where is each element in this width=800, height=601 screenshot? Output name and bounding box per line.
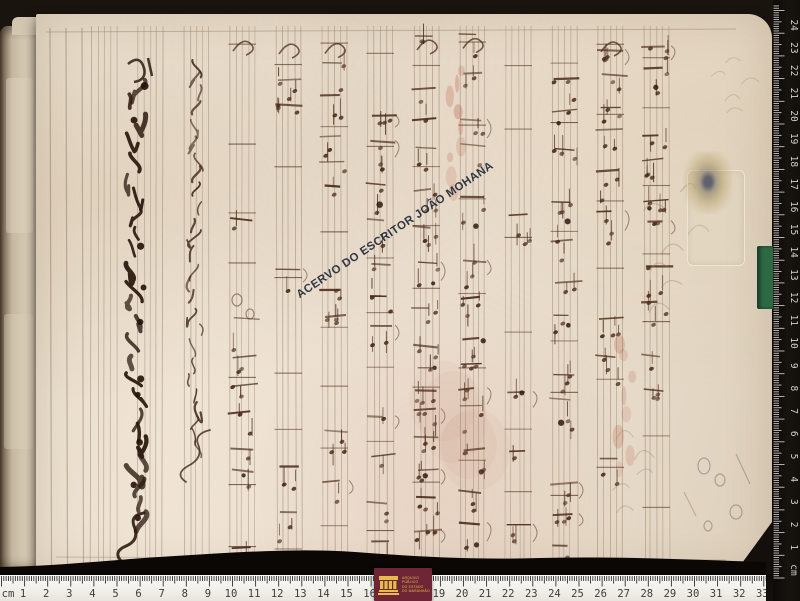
ruler-number: 4 <box>89 588 95 600</box>
ruler-number: 7 <box>159 588 165 600</box>
ruler-number: 26 <box>594 588 607 600</box>
building-facade-icon <box>377 573 400 596</box>
ruler-unit-label: cm <box>2 588 15 600</box>
vertical-ruler-scale: cm12345678910111213141516171819202122232… <box>773 0 800 601</box>
ruler-number: 17 <box>788 178 799 189</box>
ruler-number: 24 <box>788 19 799 31</box>
ruler-number: 21 <box>479 588 492 600</box>
spine-tape-strip <box>6 78 33 233</box>
ruler-number: 23 <box>525 588 538 600</box>
archive-logo-text: ARQUIVOPÚBLICODO ESTADODO MARANHÃO <box>402 576 430 594</box>
ruler-number: 9 <box>788 363 799 369</box>
pencil-marks <box>684 454 750 531</box>
ruler-number: 8 <box>788 386 799 392</box>
ruler-number: 10 <box>788 337 799 349</box>
ruler-number: 19 <box>433 588 446 600</box>
archive-logo: ARQUIVOPÚBLICODO ESTADODO MARANHÃO <box>374 568 432 601</box>
book-spine-page-edges <box>0 26 40 575</box>
ruler-number: 14 <box>788 246 799 258</box>
ruler-number: 8 <box>182 588 188 600</box>
ruler-ticks <box>774 6 785 578</box>
ink-stain <box>684 152 732 214</box>
vertical-ruler: cm12345678910111213141516171819202122232… <box>773 0 800 601</box>
ruler-number: 13 <box>788 269 799 280</box>
ruler-number: 5 <box>788 454 799 460</box>
ruler-number: 16 <box>788 201 799 213</box>
ruler-number: 6 <box>135 588 141 600</box>
ruler-number: 11 <box>248 588 261 600</box>
ruler-number: 12 <box>271 588 284 600</box>
ruler-number: 28 <box>640 588 653 600</box>
ruler-number: 33 <box>756 588 766 600</box>
archive-logo-text-line: DO MARANHÃO <box>402 589 430 593</box>
handwritten-title-column <box>118 58 152 562</box>
ruler-number: 27 <box>617 588 630 600</box>
ruler-number: 25 <box>571 588 584 600</box>
ruler-number: 23 <box>788 42 799 53</box>
ruler-number: 7 <box>788 408 799 414</box>
ruler-number: 1 <box>20 588 26 600</box>
ruler-number: 3 <box>788 499 799 505</box>
ruler-number: 2 <box>43 588 49 600</box>
handwritten-subtitle-column <box>180 60 254 482</box>
ruler-number: 11 <box>788 315 799 327</box>
ruler-number: 22 <box>502 588 515 600</box>
ruler-number: 15 <box>340 588 353 600</box>
ruler-number: 3 <box>66 588 72 600</box>
ruler-number: 21 <box>788 88 799 100</box>
ruler-number: 18 <box>788 156 799 168</box>
ruler-number: 20 <box>788 110 799 122</box>
ruler-number: 20 <box>456 588 469 600</box>
ruler-number: 13 <box>294 588 307 600</box>
manuscript-photo-scene: ACERVO DO ESCRITOR JOÃO MOHANA cm1234567… <box>0 0 800 601</box>
ruler-number: 1 <box>788 544 799 550</box>
ruler-number: 9 <box>205 588 211 600</box>
ruler-number: 5 <box>112 588 118 600</box>
ruler-number: 12 <box>788 292 799 303</box>
ruler-number: 6 <box>788 431 799 437</box>
ruler-number: 22 <box>788 65 799 76</box>
ruler-number: 19 <box>788 133 799 145</box>
ruler-number: 24 <box>548 588 561 600</box>
ruler-number: 4 <box>788 476 799 482</box>
ruler-number: 29 <box>664 588 677 600</box>
ruler-number: cm <box>788 564 799 576</box>
page-creases <box>46 28 736 566</box>
green-bookmark <box>757 246 774 309</box>
ruler-number: 32 <box>733 588 746 600</box>
ruler-number: 2 <box>788 522 799 528</box>
ruler-number: 14 <box>317 588 330 600</box>
ruler-number: 10 <box>225 588 238 600</box>
ghost-writing <box>612 58 759 513</box>
ruler-number: 15 <box>788 224 799 235</box>
ruler-number: 31 <box>710 588 723 600</box>
manuscript-page: ACERVO DO ESCRITOR JOÃO MOHANA <box>36 14 772 574</box>
ruler-number: 30 <box>687 588 700 600</box>
spine-tape-strip <box>4 314 33 449</box>
music-notation-svg <box>36 14 772 574</box>
